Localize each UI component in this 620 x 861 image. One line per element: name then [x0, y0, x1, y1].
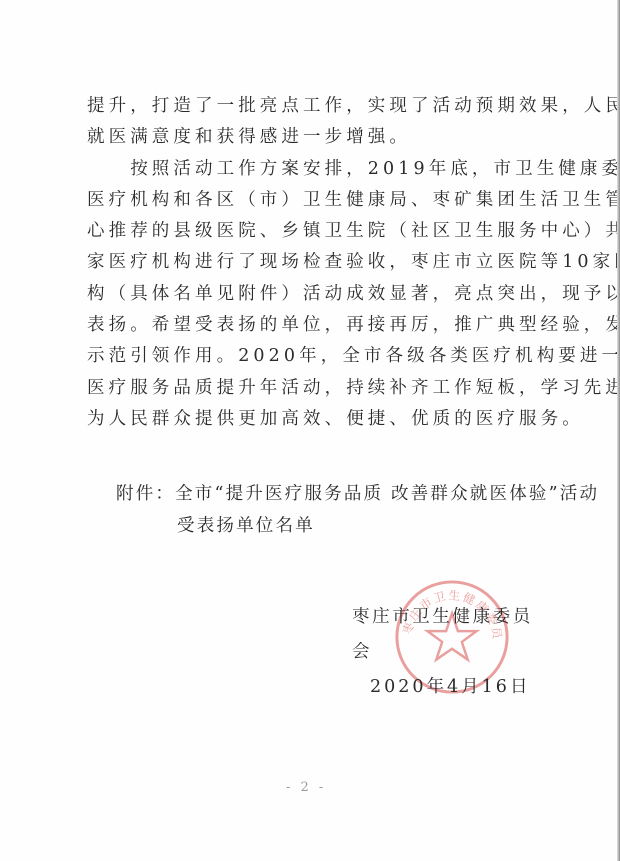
- signature-block: 枣庄市卫生健康委员会 2020年4月16日: [352, 600, 552, 705]
- body-line: 按照活动工作方案安排，2019年底，市卫生健康委对委直: [87, 154, 539, 185]
- issuing-organization: 枣庄市卫生健康委员会: [352, 600, 552, 670]
- attachment-line-1: 附件：全市“提升医疗服务品质 改善群众就医体验”活动: [116, 478, 556, 510]
- page-number: - 2 -: [286, 780, 326, 795]
- issue-date: 2020年4月16日: [352, 670, 552, 705]
- document-page: 提升，打造了一批亮点工作，实现了活动预期效果，人民群众 就医满意度和获得感进一步…: [0, 0, 620, 861]
- body-line: 示范引领作用。2020年，全市各级各类医疗机构要进一步开展: [87, 341, 539, 372]
- body-line: 构（具体名单见附件）活动成效显著，亮点突出，现予以通报: [87, 279, 539, 310]
- attachment-line-2: 受表扬单位名单: [116, 510, 556, 542]
- body-line: 家医疗机构进行了现场检查验收，枣庄市立医院等10家医疗机: [87, 247, 539, 278]
- body-line: 心推荐的县级医院、乡镇卫生院（社区卫生服务中心）共计18: [87, 216, 539, 247]
- attachment-note: 附件：全市“提升医疗服务品质 改善群众就医体验”活动 受表扬单位名单: [116, 478, 556, 542]
- body-line: 医疗服务品质提升年活动，持续补齐工作短板，学习先进经验，: [87, 373, 539, 404]
- body-text: 提升，打造了一批亮点工作，实现了活动预期效果，人民群众 就医满意度和获得感进一步…: [87, 91, 539, 435]
- body-line: 表扬。希望受表扬的单位，再接再厉，推广典型经验，发挥好: [87, 310, 539, 341]
- body-line: 医疗机构和各区（市）卫生健康局、枣矿集团生活卫生管理中: [87, 185, 539, 216]
- body-line: 就医满意度和获得感进一步增强。: [87, 122, 539, 153]
- body-line: 提升，打造了一批亮点工作，实现了活动预期效果，人民群众: [87, 91, 539, 122]
- body-line: 为人民群众提供更加高效、便捷、优质的医疗服务。: [87, 404, 539, 435]
